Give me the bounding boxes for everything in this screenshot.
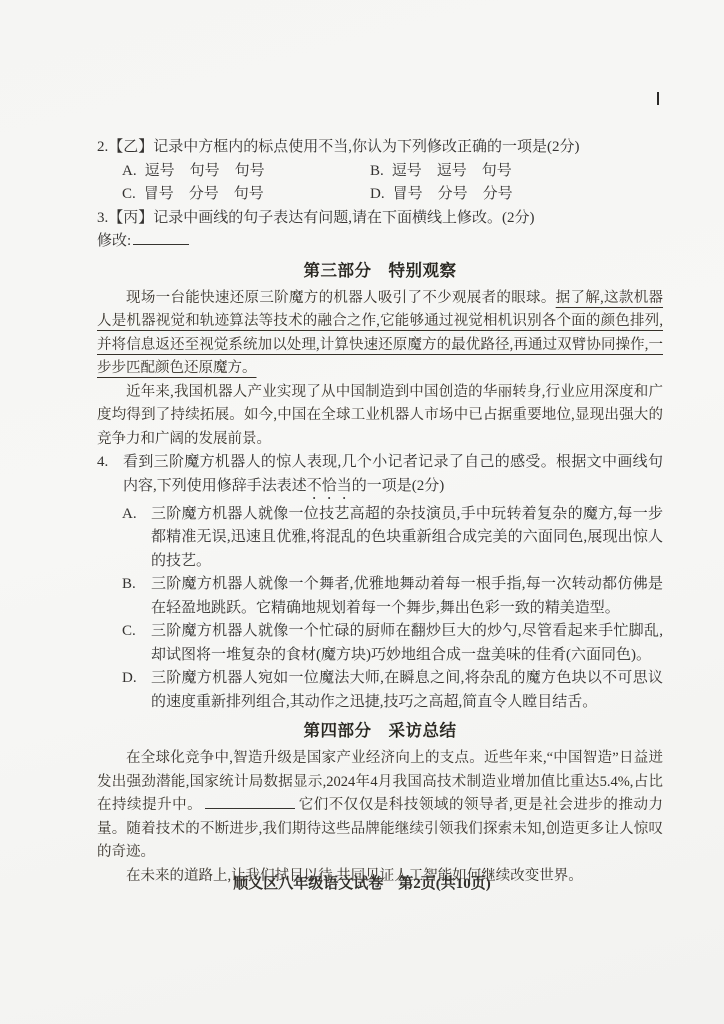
question-2-option-c: C. 冒号 分号 句号 <box>122 183 370 207</box>
question-3-answer-line: 修改: <box>97 230 663 254</box>
exam-paper-page: 2.【乙】记录中方框内的标点使用不当,你认为下列修改正确的一项是(2分) A. … <box>0 0 724 1024</box>
option-a-text: 三阶魔方机器人就像一位技艺高超的杂技演员,手中玩转着复杂的魔方,每一步都精准无误… <box>151 503 663 574</box>
question-4-stem: 4. 看到三阶魔方机器人的惊人表现,几个小记者记录了自己的感受。根据文中画线句内… <box>97 451 663 503</box>
stem-text-post: 的一项是(2分) <box>352 478 445 494</box>
question-4-option-b: B. 三阶魔方机器人就像一个舞者,优雅地舞动着每一根手指,每一次转动都仿佛是在轻… <box>97 573 663 620</box>
question-4-stem-text: 看到三阶魔方机器人的惊人表现,几个小记者记录了自己的感受。根据文中画线句内容,下… <box>123 451 663 503</box>
option-b-label: B. <box>122 573 151 620</box>
section-3-paragraph-2: 近年来,我国机器人产业实现了从中国制造到中国创造的华丽转身,行业应用深度和广度均… <box>97 381 663 452</box>
option-c-label: C. <box>122 183 136 207</box>
fill-in-blank <box>205 795 295 809</box>
option-a-label: A. <box>122 503 151 574</box>
option-b-text: 逗号 逗号 句号 <box>392 160 512 184</box>
paragraph-text: 现场一台能快速还原三阶魔方的机器人吸引了不少观展者的眼球。 <box>126 290 556 306</box>
question-3-stem: 3.【丙】记录中画线的句子表达有问题,请在下面横线上修改。(2分) <box>97 207 663 231</box>
section-3-title: 第三部分 特别观察 <box>97 258 663 283</box>
question-2-stem: 2.【乙】记录中方框内的标点使用不当,你认为下列修改正确的一项是(2分) <box>97 136 663 160</box>
section-3-paragraph-1: 现场一台能快速还原三阶魔方的机器人吸引了不少观展者的眼球。据了解,这款机器人是机… <box>97 287 663 381</box>
question-2-option-b: B. 逗号 逗号 句号 <box>370 160 512 184</box>
question-2-options-row-1: A. 逗号 句号 句号 B. 逗号 逗号 句号 <box>97 160 663 184</box>
option-c-text: 三阶魔方机器人就像一个忙碌的厨师在翻炒巨大的炒勺,尽管看起来手忙脚乱,却试图将一… <box>151 620 663 667</box>
option-b-text: 三阶魔方机器人就像一个舞者,优雅地舞动着每一根手指,每一次转动都仿佛是在轻盈地跳… <box>151 573 663 620</box>
option-d-label: D. <box>122 667 151 714</box>
option-a-text: 逗号 句号 句号 <box>145 160 265 184</box>
option-d-text: 冒号 分号 分号 <box>393 183 513 207</box>
question-4-option-c: C. 三阶魔方机器人就像一个忙碌的厨师在翻炒巨大的炒勺,尽管看起来手忙脚乱,却试… <box>97 620 663 667</box>
option-d-text: 三阶魔方机器人宛如一位魔法大师,在瞬息之间,将杂乱的魔方色块以不可思议的速度重新… <box>151 667 663 714</box>
page-footer: 顺义区八年级语文试卷 第2页(共10页) <box>0 872 724 893</box>
question-2-options-row-2: C. 冒号 分号 句号 D. 冒号 分号 分号 <box>97 183 663 207</box>
crop-mark <box>657 92 659 105</box>
emphasized-text: 不恰当 <box>307 478 352 494</box>
question-4-number: 4. <box>97 451 123 503</box>
answer-blank <box>133 231 189 245</box>
option-d-label: D. <box>370 183 385 207</box>
option-c-text: 冒号 分号 句号 <box>144 183 264 207</box>
answer-label: 修改: <box>97 233 131 249</box>
question-2-option-d: D. 冒号 分号 分号 <box>370 183 513 207</box>
question-4-option-d: D. 三阶魔方机器人宛如一位魔法大师,在瞬息之间,将杂乱的魔方色块以不可思议的速… <box>97 667 663 714</box>
section-4-paragraph-1: 在全球化竞争中,智造升级是国家产业经济向上的支点。近些年来,“中国智造”日益迸发… <box>97 747 663 865</box>
section-4-title: 第四部分 采访总结 <box>97 718 663 743</box>
option-b-label: B. <box>370 160 384 184</box>
question-4-option-a: A. 三阶魔方机器人就像一位技艺高超的杂技演员,手中玩转着复杂的魔方,每一步都精… <box>97 503 663 574</box>
option-a-label: A. <box>122 160 137 184</box>
page-content: 2.【乙】记录中方框内的标点使用不当,你认为下列修改正确的一项是(2分) A. … <box>97 136 663 888</box>
option-c-label: C. <box>122 620 151 667</box>
question-2-option-a: A. 逗号 句号 句号 <box>122 160 370 184</box>
